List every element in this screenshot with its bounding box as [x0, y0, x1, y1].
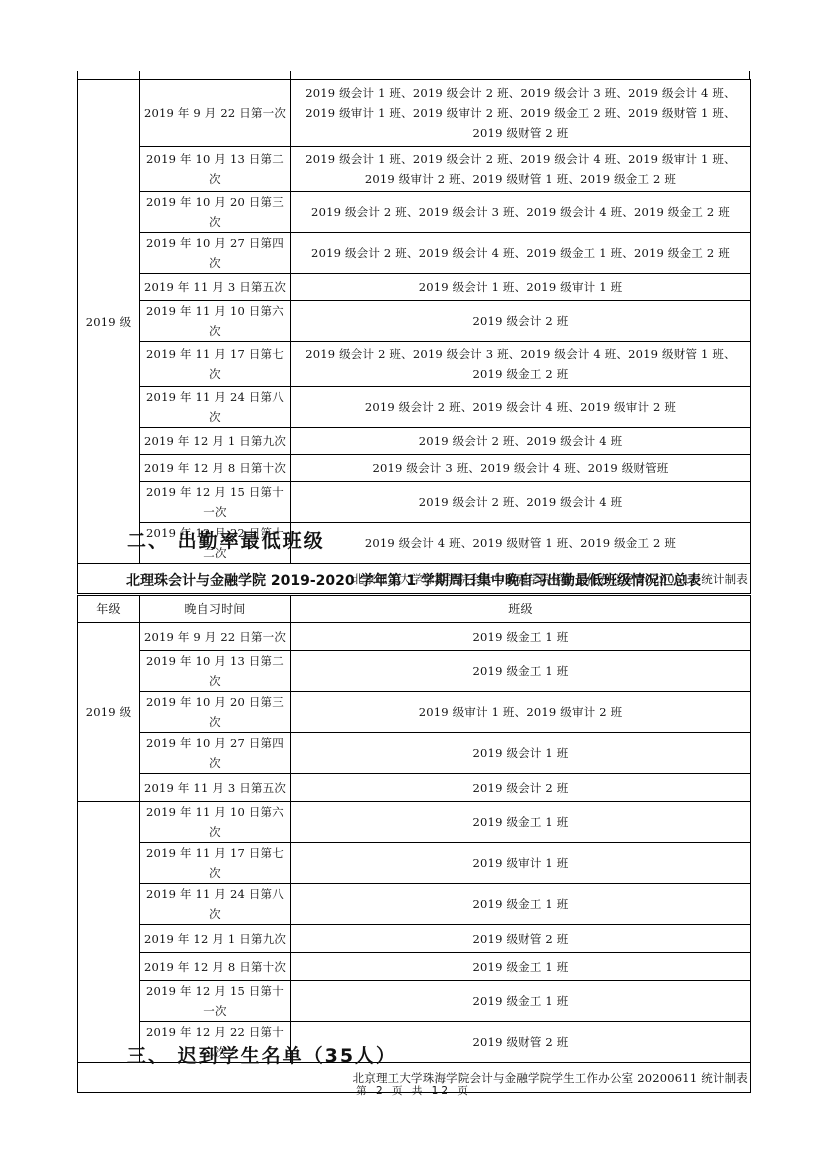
classes-cell: 2019 级会计 2 班、2019 级会计 4 班、2019 级金工 1 班、2… [291, 233, 751, 274]
classes-cell: 2019 级金工 1 班 [291, 953, 751, 981]
table-continuation-line [749, 71, 750, 79]
time-cell: 2019 年 10 月 20 日第三次 [140, 692, 291, 733]
table-row: 2019 年 11 月 3 日第五次 2019 级会计 1 班、2019 级审计… [78, 274, 751, 301]
time-cell: 2019 年 11 月 10 日第六次 [140, 802, 291, 843]
table-row: 2019 年 10 月 13 日第二次 2019 级会计 1 班、2019 级会… [78, 147, 751, 192]
table-continuation-line [290, 71, 291, 79]
table-row: 2019 年 10 月 20 日第三次 2019 级会计 2 班、2019 级会… [78, 192, 751, 233]
grade-cell: 2019 级 [78, 623, 140, 802]
absence-classes-table: 2019 级 2019 年 9 月 22 日第一次 2019 级会计 1 班、2… [77, 79, 751, 594]
time-cell: 2019 年 12 月 15 日第十一次 [140, 981, 291, 1022]
table-row: 2019 年 11 月 17 日第七次 2019 级审计 1 班 [78, 843, 751, 884]
table-row: 2019 年 12 月 15 日第十一次 2019 级金工 1 班 [78, 981, 751, 1022]
time-cell: 2019 年 11 月 10 日第六次 [140, 301, 291, 342]
classes-cell: 2019 级审计 1 班 [291, 843, 751, 884]
table-header-row: 年级 晚自习时间 班级 [78, 596, 751, 623]
table-row: 2019 级 2019 年 9 月 22 日第一次 2019 级金工 1 班 [78, 623, 751, 651]
table-continuation-line [77, 71, 78, 79]
classes-cell: 2019 级会计 4 班、2019 级财管 1 班、2019 级金工 2 班 [291, 523, 751, 564]
time-cell: 2019 年 10 月 27 日第四次 [140, 233, 291, 274]
time-cell: 2019 年 11 月 24 日第八次 [140, 884, 291, 925]
time-cell: 2019 年 11 月 24 日第八次 [140, 387, 291, 428]
classes-cell: 2019 级会计 2 班、2019 级会计 4 班、2019 级审计 2 班 [291, 387, 751, 428]
classes-cell: 2019 级金工 1 班 [291, 623, 751, 651]
time-cell: 2019 年 11 月 3 日第五次 [140, 274, 291, 301]
table-row: 2019 年 10 月 13 日第二次 2019 级金工 1 班 [78, 651, 751, 692]
table-row: 2019 年 10 月 27 日第四次 2019 级会计 1 班 [78, 733, 751, 774]
time-cell: 2019 年 9 月 22 日第一次 [140, 80, 291, 147]
classes-cell: 2019 级审计 1 班、2019 级审计 2 班 [291, 692, 751, 733]
table-row: 2019 年 10 月 20 日第三次 2019 级审计 1 班、2019 级审… [78, 692, 751, 733]
table-row: 2019 年 12 月 8 日第十次 2019 级会计 3 班、2019 级会计… [78, 455, 751, 482]
classes-cell: 2019 级金工 1 班 [291, 981, 751, 1022]
time-cell: 2019 年 10 月 13 日第二次 [140, 651, 291, 692]
time-cell: 2019 年 10 月 20 日第三次 [140, 192, 291, 233]
time-cell: 2019 年 12 月 15 日第十一次 [140, 482, 291, 523]
table-row: 2019 年 11 月 24 日第八次 2019 级会计 2 班、2019 级会… [78, 387, 751, 428]
classes-cell: 2019 级会计 1 班、2019 级会计 2 班、2019 级会计 4 班、2… [291, 147, 751, 192]
table-continuation-line [139, 71, 140, 79]
time-cell: 2019 年 12 月 1 日第九次 [140, 925, 291, 953]
table-title: 北理珠会计与金融学院 2019-2020 学年第 1 学期周日集中晚自习出勤最低… [77, 570, 750, 590]
classes-cell: 2019 级会计 2 班、2019 级会计 4 班 [291, 482, 751, 523]
table-row: 2019 年 11 月 10 日第六次 2019 级金工 1 班 [78, 802, 751, 843]
time-cell: 2019 年 11 月 17 日第七次 [140, 342, 291, 387]
time-cell: 2019 年 12 月 1 日第九次 [140, 428, 291, 455]
table-row: 2019 级 2019 年 9 月 22 日第一次 2019 级会计 1 班、2… [78, 80, 751, 147]
section-heading-late-students: 三、 迟到学生名单（35人） [127, 1041, 397, 1068]
time-cell: 2019 年 10 月 27 日第四次 [140, 733, 291, 774]
classes-cell: 2019 级金工 1 班 [291, 651, 751, 692]
classes-cell: 2019 级会计 1 班、2019 级审计 1 班 [291, 274, 751, 301]
classes-cell: 2019 级会计 3 班、2019 级会计 4 班、2019 级财管班 [291, 455, 751, 482]
grade-cell-continued [78, 802, 140, 1063]
table-row: 2019 年 12 月 1 日第九次 2019 级财管 2 班 [78, 925, 751, 953]
classes-cell: 2019 级会计 1 班、2019 级会计 2 班、2019 级会计 3 班、2… [291, 80, 751, 147]
table-row: 2019 年 11 月 3 日第五次 2019 级会计 2 班 [78, 774, 751, 802]
time-cell: 2019 年 12 月 8 日第十次 [140, 455, 291, 482]
time-cell: 2019 年 11 月 3 日第五次 [140, 774, 291, 802]
classes-cell: 2019 级会计 2 班 [291, 301, 751, 342]
classes-cell: 2019 级财管 2 班 [291, 925, 751, 953]
section-heading-lowest-attendance: 二、 出勤率最低班级 [127, 526, 325, 553]
table-row: 2019 年 11 月 17 日第七次 2019 级会计 2 班、2019 级会… [78, 342, 751, 387]
column-header-grade: 年级 [78, 596, 140, 623]
classes-cell: 2019 级会计 2 班、2019 级会计 3 班、2019 级会计 4 班、2… [291, 192, 751, 233]
table-row: 2019 年 12 月 1 日第九次 2019 级会计 2 班、2019 级会计… [78, 428, 751, 455]
table-row: 2019 年 11 月 10 日第六次 2019 级会计 2 班 [78, 301, 751, 342]
classes-cell: 2019 级金工 1 班 [291, 802, 751, 843]
page-number: 第 2 页 共 12 页 [0, 1083, 827, 1098]
table-row: 2019 年 11 月 24 日第八次 2019 级金工 1 班 [78, 884, 751, 925]
time-cell: 2019 年 9 月 22 日第一次 [140, 623, 291, 651]
table-row: 2019 年 12 月 15 日第十一次 2019 级会计 2 班、2019 级… [78, 482, 751, 523]
classes-cell: 2019 级金工 1 班 [291, 884, 751, 925]
lowest-attendance-table: 年级 晚自习时间 班级 2019 级 2019 年 9 月 22 日第一次 20… [77, 595, 751, 1093]
time-cell: 2019 年 11 月 17 日第七次 [140, 843, 291, 884]
table-row: 2019 年 12 月 8 日第十次 2019 级金工 1 班 [78, 953, 751, 981]
column-header-classes: 班级 [291, 596, 751, 623]
grade-cell: 2019 级 [78, 80, 140, 564]
classes-cell: 2019 级会计 2 班、2019 级会计 3 班、2019 级会计 4 班、2… [291, 342, 751, 387]
table-row: 2019 年 10 月 27 日第四次 2019 级会计 2 班、2019 级会… [78, 233, 751, 274]
classes-cell: 2019 级会计 2 班 [291, 774, 751, 802]
classes-cell: 2019 级会计 1 班 [291, 733, 751, 774]
classes-cell: 2019 级会计 2 班、2019 级会计 4 班 [291, 428, 751, 455]
time-cell: 2019 年 10 月 13 日第二次 [140, 147, 291, 192]
column-header-time: 晚自习时间 [140, 596, 291, 623]
time-cell: 2019 年 12 月 8 日第十次 [140, 953, 291, 981]
